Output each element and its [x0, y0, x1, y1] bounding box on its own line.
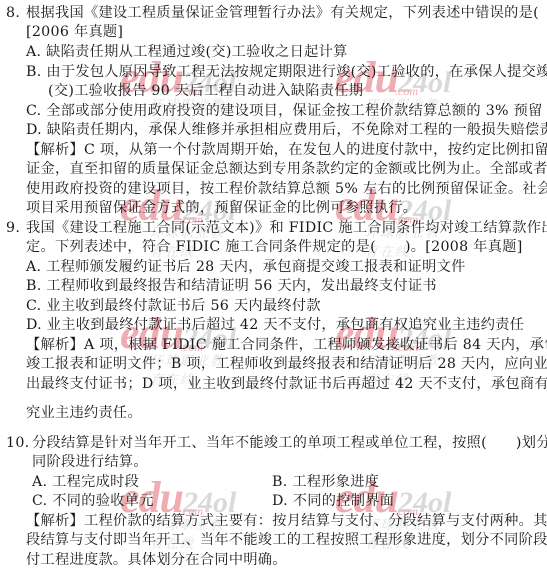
- question-stem: 我国《建设工程施工合同(示范文本)》和 FIDIC 施工合同条件均对竣工结算款作…: [26, 219, 547, 237]
- analysis: 使用政府投资的建设项目，按工程价款结算总额 5% 左右的比例预留保证金。社会投资: [26, 180, 547, 198]
- question-number: 9.: [6, 219, 20, 237]
- option-a: A. 缺陷责任期从工程通过竣(交)工验收之日起计算: [26, 43, 348, 61]
- option-d: D. 缺陷责任期内，承保人维修并承担相应费用后，不免除对工程的一般损失赔偿责任: [26, 121, 547, 139]
- option-b: B. 工程师收到最终报告和结清证明 56 天内，发出最终支付证书: [26, 277, 437, 295]
- option-b-continued: (交)工验收报告 90 天后工程自动进入缺陷责任期: [48, 82, 363, 100]
- analysis: 出最终支付证书；D 项，业主收到最终付款证书后再超过 42 天不支付，承包商有权…: [26, 375, 547, 393]
- analysis: 究业主违约责任。: [26, 404, 142, 422]
- option-c: C. 不同的验收单元: [32, 492, 154, 510]
- option-c: C. 业主收到最终付款证书后 56 天内最终付款: [26, 297, 321, 315]
- analysis: 【解析】C 项，从第一个付款周期开始，在发包人的进度付款中，按约定比例扣留质量保: [26, 141, 547, 159]
- analysis: 【解析】工程价款的结算方式主要有：按月结算与支付、分段结算与支付两种。其中分: [26, 512, 547, 530]
- analysis: 项目采用预留保证金方式的，预留保证金的比例可参照执行。: [26, 199, 417, 217]
- analysis: 【解析】A 项，根据 FIDIC 施工合同条件，工程师颁发接收证书后 84 天内…: [26, 336, 547, 354]
- option-c: C. 全部或部分使用政府投资的建设项目，保证金按工程价款结算总额的 3% 预留: [26, 102, 543, 120]
- question-stem: 根据我国《建设工程质量保证金管理暂行办法》有关规定，下列表述中错误的是( )。: [26, 4, 547, 22]
- analysis: 付工程进度款。具体划分在合同中明确。: [26, 551, 287, 569]
- question-source: [2006 年真题]: [26, 23, 123, 41]
- analysis: 段结算与支付即当年开工、当年不能竣工的工程按照工程形象进度，划分不同阶段支: [26, 531, 547, 549]
- analysis: 竣工报表和证明文件；B 项，工程师收到最终报表和结清证明后 28 天内，应向业主…: [26, 355, 547, 373]
- option-a: A. 工程完成时段: [32, 473, 139, 491]
- question-stem: 分段结算是针对当年开工、当年不能竣工的单项工程或单位工程，按照( )划分不: [32, 434, 547, 452]
- option-b: B. 由于发包人原因导致工程无法按规定期限进行竣(交)工验收的，在承保人提交竣: [26, 63, 547, 81]
- question-stem: 定。下列表述中，符合 FIDIC 施工合同条件规定的是( )。[2008 年真题…: [26, 238, 523, 256]
- option-d: D. 不同的控制界面: [272, 492, 394, 510]
- question-number: 10.: [6, 434, 29, 452]
- question-stem: 同阶段进行结算。: [32, 453, 148, 471]
- question-number: 8.: [6, 4, 20, 22]
- option-a: A. 工程师颁发履约证书后 28 天内，承包商提交竣工报表和证明文件: [26, 258, 466, 276]
- analysis: 证金，直至扣留的质量保证金总额达到专用条款约定的金额或比例为止。全部或者部分: [26, 160, 547, 178]
- option-d: D. 业主收到最终付款证书后超过 42 天不支付，承包商有权追究业主违约责任: [26, 316, 524, 334]
- option-b: B. 工程形象进度: [272, 473, 379, 491]
